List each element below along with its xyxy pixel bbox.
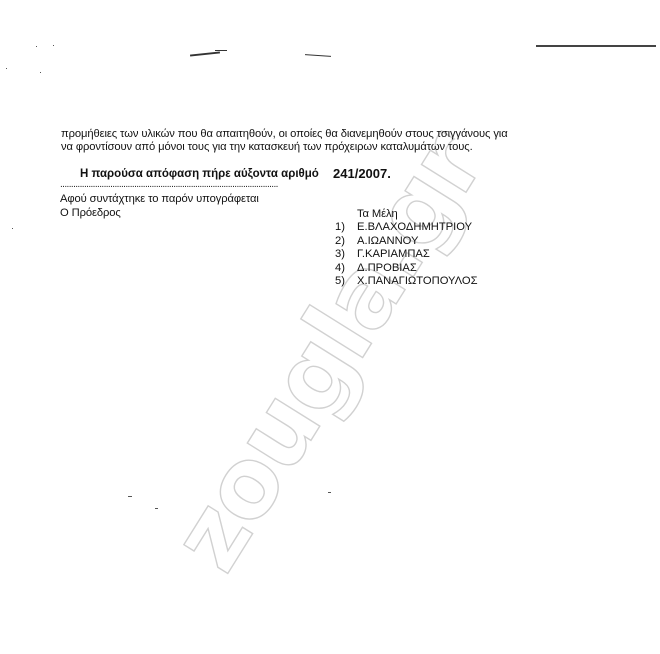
- scan-speck: [128, 496, 132, 497]
- scan-artifact: [190, 51, 220, 56]
- member-name: Ε.ΒΛΑΧΟΔΗΜΗΤΡΙΟΥ: [357, 221, 472, 233]
- member-name: Δ.ΠΡΟΒΙΑΣ: [357, 262, 417, 274]
- paragraph-line: προμήθειες των υλικών που θα απαιτηθούν,…: [61, 128, 508, 141]
- scan-speck: [328, 492, 331, 493]
- member-index: 3): [335, 248, 357, 262]
- member-index: 1): [335, 221, 357, 235]
- member-item: 5)Χ.ΠΑΝΑΓΙΩΤΟΠΟΥΛΟΣ: [335, 275, 478, 289]
- scan-speck: [6, 68, 7, 69]
- members-list: 1)Ε.ΒΛΑΧΟΔΗΜΗΤΡΙΟΥ 2)Α.ΙΩΑΝΝΟΥ 3)Γ.ΚΑΡΙΑ…: [335, 221, 478, 289]
- decision-number-value: 241: [333, 166, 355, 181]
- scan-speck: [155, 508, 158, 509]
- member-name: Α.ΙΩΑΝΝΟΥ: [357, 235, 418, 247]
- member-item: 1)Ε.ΒΛΑΧΟΔΗΜΗΤΡΙΟΥ: [335, 221, 478, 235]
- scan-artifact: [215, 50, 227, 51]
- decision-number: 241/2007.: [333, 166, 391, 181]
- member-item: 2)Α.ΙΩΑΝΝΟΥ: [335, 235, 478, 249]
- member-item: 4)Δ.ΠΡΟΒΙΑΣ: [335, 262, 478, 276]
- member-index: 5): [335, 275, 357, 289]
- member-index: 2): [335, 235, 357, 249]
- member-name: Γ.ΚΑΡΙΑΜΠΑΣ: [357, 248, 430, 260]
- scan-speck: [12, 228, 13, 229]
- signed-statement: Αφού συντάχτηκε το παρόν υπογράφεται: [60, 193, 259, 206]
- dotted-separator: ........................................…: [60, 179, 278, 190]
- scan-artifact: [536, 45, 656, 47]
- scan-speck: [36, 46, 37, 47]
- decision-year: /2007.: [355, 166, 391, 181]
- member-name: Χ.ΠΑΝΑΓΙΩΤΟΠΟΥΛΟΣ: [357, 275, 478, 287]
- scan-speck: [40, 72, 41, 73]
- scan-artifact: [305, 54, 331, 57]
- paragraph-line: να φροντίσουν από μόνοι τους για την κατ…: [61, 141, 473, 154]
- scan-speck: [53, 45, 54, 46]
- president-label: Ο Πρόεδρος: [60, 207, 121, 220]
- member-index: 4): [335, 262, 357, 276]
- member-item: 3)Γ.ΚΑΡΙΑΜΠΑΣ: [335, 248, 478, 262]
- members-label: Τα Μέλη: [357, 208, 398, 221]
